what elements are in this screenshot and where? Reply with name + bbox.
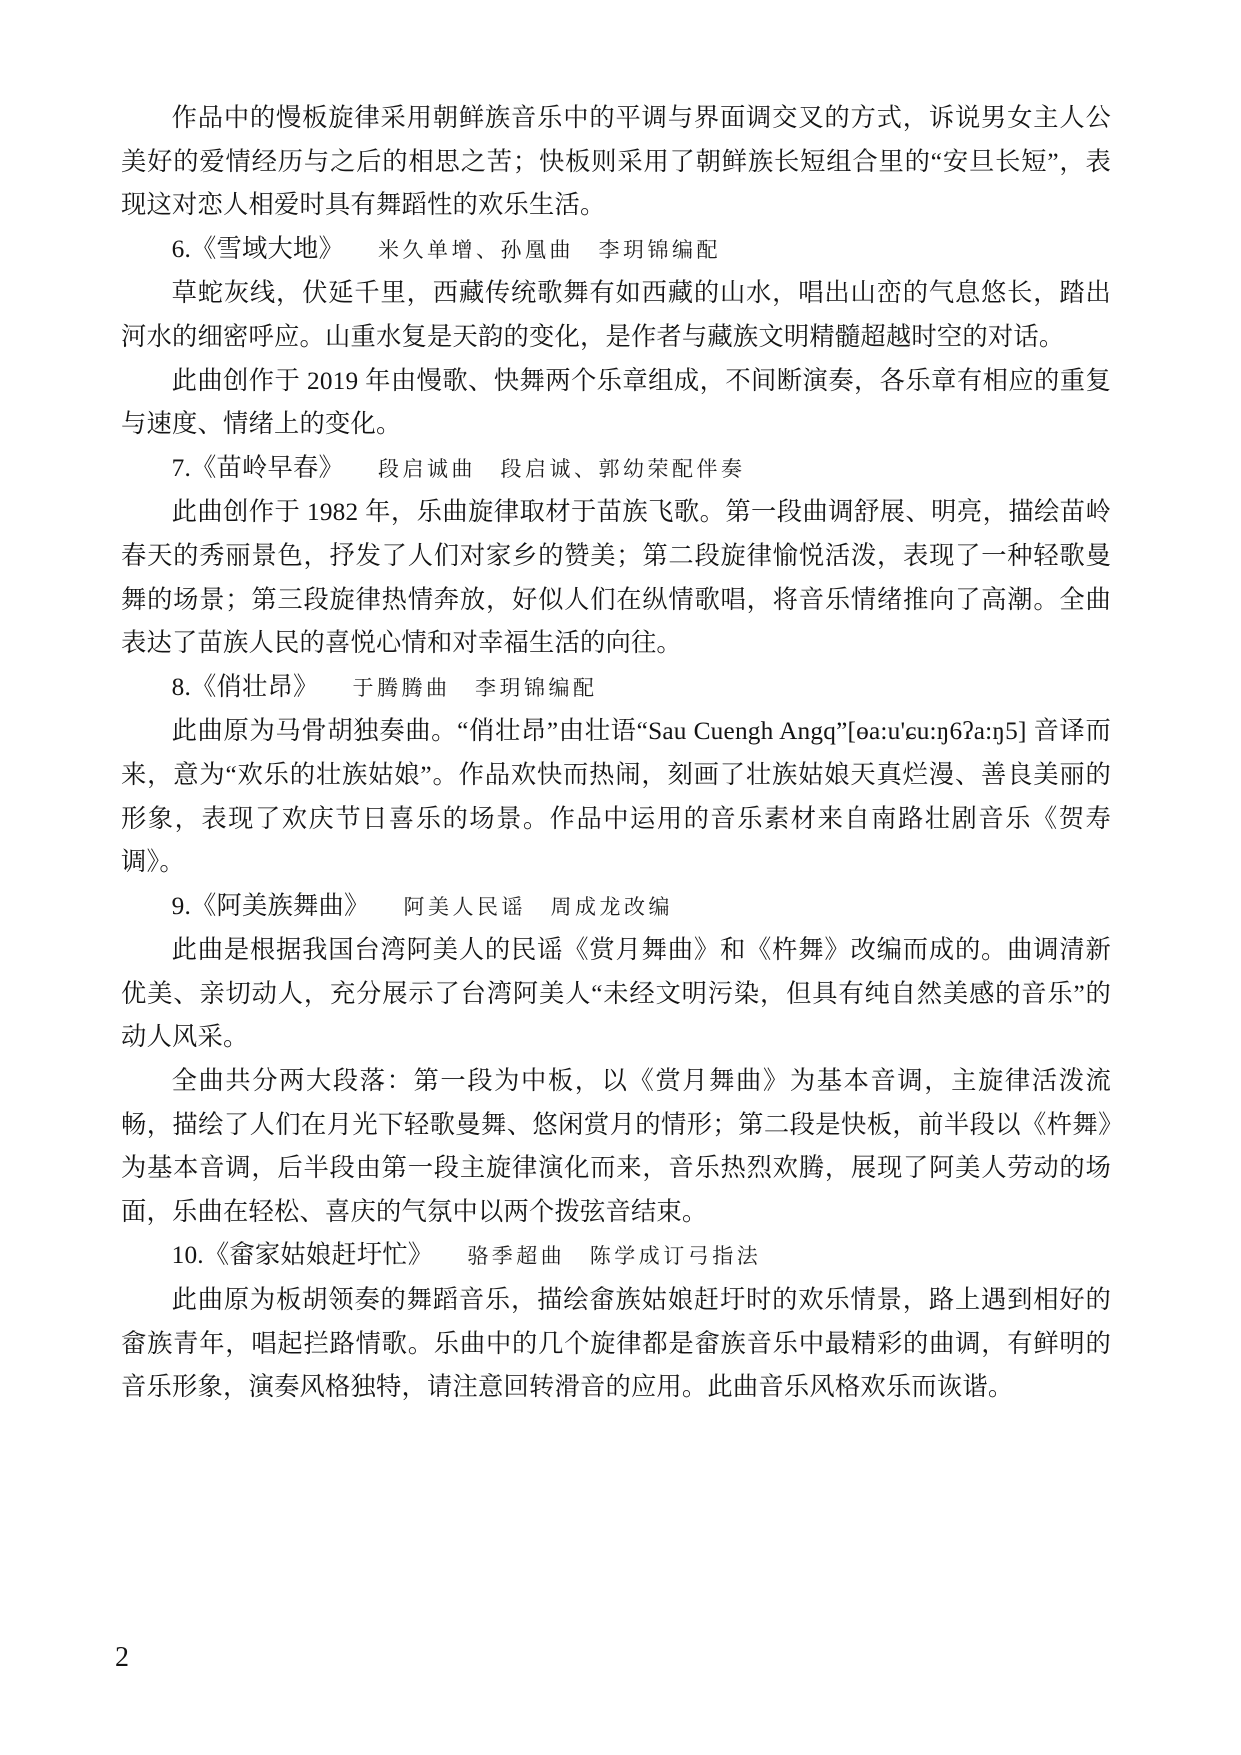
- piece-heading: 7.《苗岭早春》段启诚曲 段启诚、郭幼荣配伴奏: [121, 447, 1111, 492]
- piece-title: 《雪域大地》: [191, 235, 344, 263]
- document-page: 作品中的慢板旋律采用朝鲜族音乐中的平调与界面调交叉的方式，诉说男女主人公美好的爱…: [0, 0, 1241, 1755]
- paragraph: 作品中的慢板旋律采用朝鲜族音乐中的平调与界面调交叉的方式，诉说男女主人公美好的爱…: [121, 97, 1111, 228]
- piece-attribution: 于腾腾曲 李玥锦编配: [352, 676, 597, 700]
- piece-heading: 10.《畲家姑娘赶圩忙》骆季超曲 陈学成订弓指法: [121, 1234, 1111, 1279]
- piece-title: 《苗岭早春》: [191, 454, 344, 482]
- piece-attribution: 米久单增、孙凰曲 李玥锦编配: [378, 238, 721, 262]
- piece-heading: 8.《俏壮昂》于腾腾曲 李玥锦编配: [121, 666, 1111, 711]
- piece-title: 《畲家姑娘赶圩忙》: [204, 1241, 433, 1269]
- piece-heading: 6.《雪域大地》米久单增、孙凰曲 李玥锦编配: [121, 228, 1111, 273]
- piece-number: 7.: [172, 454, 191, 482]
- paragraph: 此曲原为板胡领奏的舞蹈音乐，描绘畲族姑娘赶圩时的欢乐情景，路上遇到相好的畲族青年…: [121, 1279, 1111, 1410]
- paragraph: 全曲共分两大段落：第一段为中板，以《赏月舞曲》为基本音调，主旋律活泼流畅，描绘了…: [121, 1060, 1111, 1234]
- paragraph: 此曲创作于 1982 年，乐曲旋律取材于苗族飞歌。第一段曲调舒展、明亮，描绘苗岭…: [121, 491, 1111, 665]
- page-content: 作品中的慢板旋律采用朝鲜族音乐中的平调与界面调交叉的方式，诉说男女主人公美好的爱…: [121, 97, 1111, 1410]
- piece-number: 6.: [172, 235, 191, 263]
- piece-number: 10.: [172, 1241, 204, 1269]
- piece-number: 9.: [172, 892, 191, 920]
- piece-attribution: 骆季超曲 陈学成订弓指法: [467, 1244, 761, 1268]
- piece-number: 8.: [172, 673, 191, 701]
- paragraph: 此曲原为马骨胡独奏曲。“俏壮昂”由壮语“Sau Cuengh Angq”[ɵa:…: [121, 710, 1111, 884]
- piece-title: 《阿美族舞曲》: [191, 892, 369, 920]
- piece-title: 《俏壮昂》: [191, 673, 319, 701]
- paragraph: 此曲创作于 2019 年由慢歌、快舞两个乐章组成，不间断演奏，各乐章有相应的重复…: [121, 360, 1111, 447]
- piece-attribution: 段启诚曲 段启诚、郭幼荣配伴奏: [378, 457, 746, 481]
- page-number: 2: [115, 1638, 129, 1678]
- paragraph: 草蛇灰线，伏延千里，西藏传统歌舞有如西藏的山水，唱出山峦的气息悠长，踏出河水的细…: [121, 272, 1111, 359]
- piece-attribution: 阿美人民谣 周成龙改编: [403, 895, 673, 919]
- paragraph: 此曲是根据我国台湾阿美人的民谣《赏月舞曲》和《杵舞》改编而成的。曲调清新优美、亲…: [121, 929, 1111, 1060]
- piece-heading: 9.《阿美族舞曲》阿美人民谣 周成龙改编: [121, 885, 1111, 930]
